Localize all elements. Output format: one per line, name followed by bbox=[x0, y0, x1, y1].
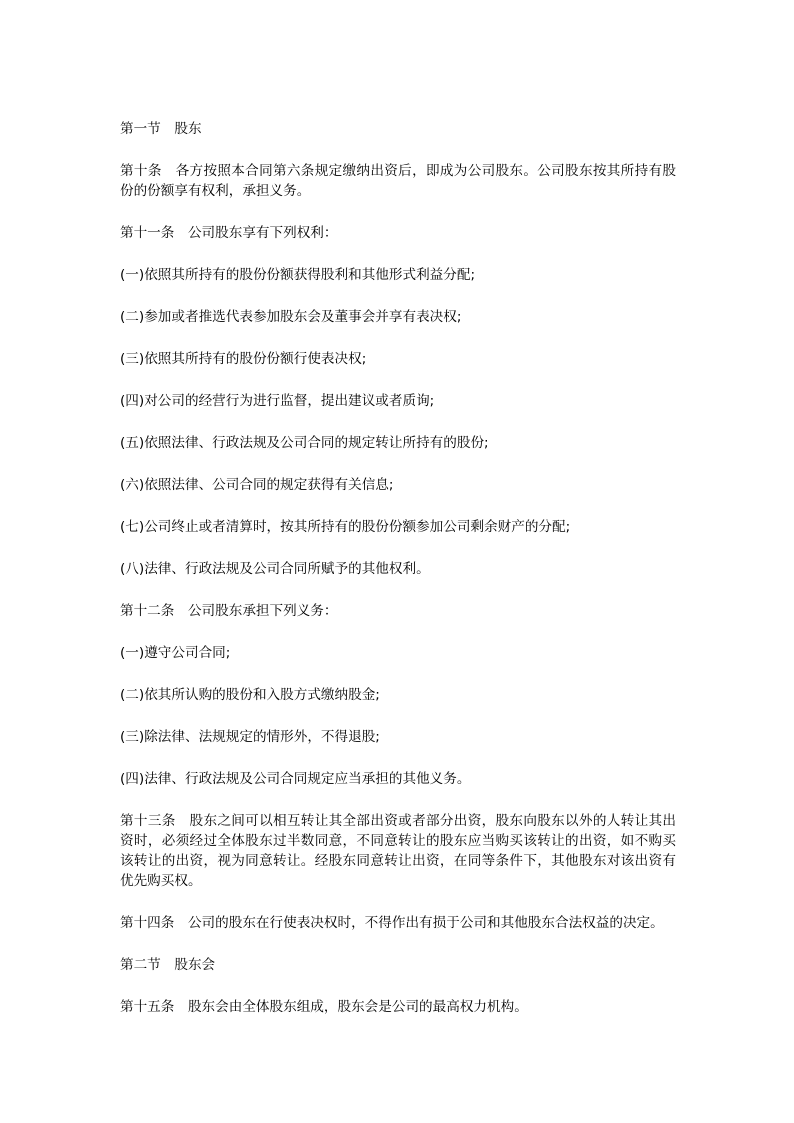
article-14: 第十四条 公司的股东在行使表决权时，不得作出有损于公司和其他股东合法权益的决定。 bbox=[120, 913, 676, 933]
article-12-item-1: (一)遵守公司合同; bbox=[120, 643, 676, 663]
article-12-heading: 第十二条 公司股东承担下列义务： bbox=[120, 601, 676, 621]
article-11-item-7: (七)公司终止或者清算时，按其所持有的股份份额参加公司剩余财产的分配; bbox=[120, 517, 676, 537]
article-13: 第十三条 股东之间可以相互转让其全部出资或者部分出资，股东向股东以外的人转让其出… bbox=[120, 811, 676, 891]
article-12-item-2: (二)依其所认购的股份和入股方式缴纳股金; bbox=[120, 685, 676, 705]
article-11-item-8: (八)法律、行政法规及公司合同所赋予的其他权利。 bbox=[120, 559, 676, 579]
article-11-item-6: (六)依照法律、公司合同的规定获得有关信息; bbox=[120, 475, 676, 495]
document-page: 第一节 股东 第十条 各方按照本合同第六条规定缴纳出资后，即成为公司股东。公司股… bbox=[120, 119, 676, 1039]
article-11-item-3: (三)依照其所持有的股份份额行使表决权; bbox=[120, 349, 676, 369]
article-11-item-5: (五)依照法律、行政法规及公司合同的规定转让所持有的股份; bbox=[120, 433, 676, 453]
section-heading-shareholders-meeting: 第二节 股东会 bbox=[120, 955, 676, 975]
article-11-item-4: (四)对公司的经营行为进行监督，提出建议或者质询; bbox=[120, 391, 676, 411]
article-12-item-3: (三)除法律、法规规定的情形外，不得退股; bbox=[120, 727, 676, 747]
article-15: 第十五条 股东会由全体股东组成，股东会是公司的最高权力机构。 bbox=[120, 997, 676, 1017]
article-11-item-1: (一)依照其所持有的股份份额获得股利和其他形式利益分配; bbox=[120, 265, 676, 285]
section-heading-shareholders: 第一节 股东 bbox=[120, 119, 676, 139]
article-11-heading: 第十一条 公司股东享有下列权利： bbox=[120, 223, 676, 243]
article-12-item-4: (四)法律、行政法规及公司合同规定应当承担的其他义务。 bbox=[120, 769, 676, 789]
article-10: 第十条 各方按照本合同第六条规定缴纳出资后，即成为公司股东。公司股东按其所持有股… bbox=[120, 161, 676, 201]
article-11-item-2: (二)参加或者推选代表参加股东会及董事会并享有表决权; bbox=[120, 307, 676, 327]
